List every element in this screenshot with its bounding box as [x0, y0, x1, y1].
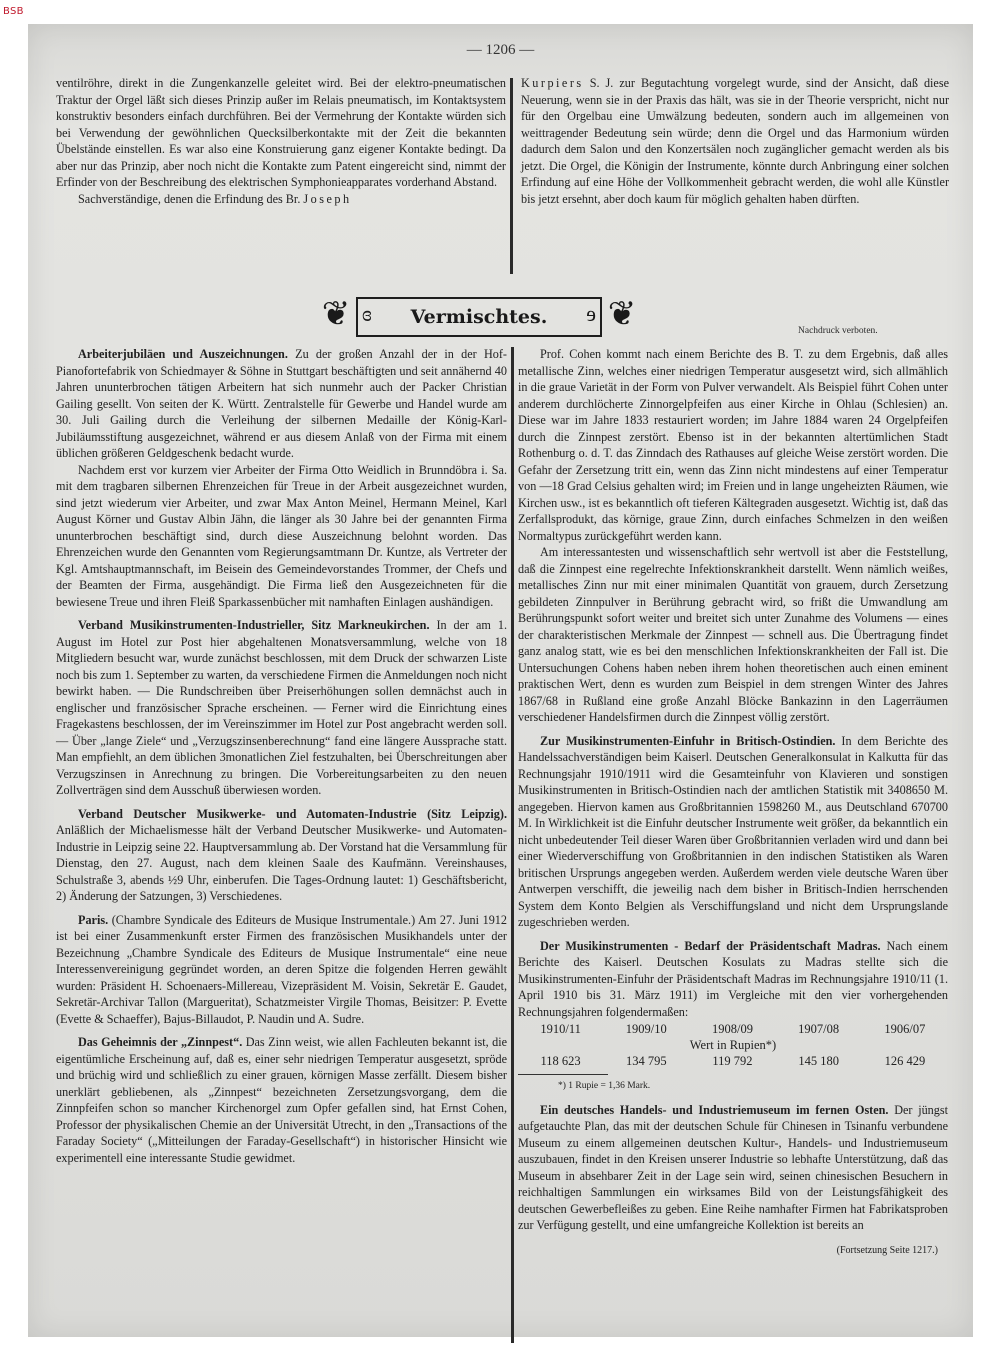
scroll-ornament-icon: ɞ — [362, 301, 372, 327]
article-heading: Das Geheimnis der „Zinnpest“. — [78, 1035, 242, 1049]
paragraph: Sachverständige, denen die Erfindung des… — [56, 191, 506, 208]
table-cell: 1909/10 — [603, 1021, 689, 1037]
table-cell: 118 623 — [518, 1053, 603, 1069]
article-heading: Ein deutsches Handels- und Industriemuse… — [540, 1103, 888, 1117]
column-divider — [511, 347, 514, 1343]
article-madras: Der Musikinstrumenten - Bedarf der Präsi… — [518, 938, 948, 1021]
footnote: *) 1 Rupie = 1,36 Mark. — [518, 1078, 948, 1095]
article-heading: Zur Musikinstrumenten-Einfuhr in Britisc… — [540, 734, 835, 748]
person-name: Kurpiers — [521, 76, 584, 90]
reprint-note: Nachdruck verboten. — [798, 326, 878, 336]
table-cell: 126 429 — [862, 1053, 948, 1069]
article-heading: Verband Musikinstrumenten-Industrieller,… — [78, 618, 430, 632]
article-heading: Paris. — [78, 913, 108, 927]
table-cell: 1908/09 — [689, 1021, 775, 1037]
article-heading: Verband Deutscher Musikwerke- und Automa… — [78, 807, 507, 821]
table-row-values: 118 623 134 795 119 792 145 180 126 429 — [518, 1053, 948, 1069]
table-row-unit: Wert in Rupien*) — [518, 1037, 948, 1053]
table-cell: 1907/08 — [776, 1021, 862, 1037]
bsb-watermark: BSB — [3, 6, 24, 17]
page-number: — 1206 — — [28, 42, 973, 59]
article-museum: Ein deutsches Handels- und Industriemuse… — [518, 1102, 948, 1234]
scroll-ornament-icon: ɘ — [586, 301, 596, 327]
continuation-note: (Fortsetzung Seite 1217.) — [518, 1243, 948, 1260]
paragraph: Prof. Cohen kommt nach einem Berichte de… — [518, 346, 948, 544]
section-title: Vermischtes. — [411, 306, 548, 328]
table-cell: 119 792 — [689, 1053, 775, 1069]
article-zinnpest: Das Geheimnis der „Zinnpest“. Das Zinn w… — [56, 1034, 507, 1166]
article-arbeiterjubilaeen: Arbeiterjubiläen und Auszeichnungen. Zu … — [56, 346, 507, 462]
main-left-column: Arbeiterjubiläen und Auszeichnungen. Zu … — [56, 346, 507, 1166]
person-name: Joseph — [303, 192, 351, 206]
table-cell: 134 795 — [603, 1053, 689, 1069]
article-verband-leipzig: Verband Deutscher Musikwerke- und Automa… — [56, 806, 507, 905]
article-heading: Der Musikinstrumenten - Bedarf der Präsi… — [540, 939, 881, 953]
table-row-years: 1910/11 1909/10 1908/09 1907/08 1906/07 — [518, 1021, 948, 1037]
footnote-rule — [518, 1074, 608, 1075]
paragraph: Kurpiers S. J. zur Begutachtung vorgeleg… — [521, 75, 949, 207]
madras-import-table: 1910/11 1909/10 1908/09 1907/08 1906/07 … — [518, 1021, 948, 1069]
article-verband-markneukirchen: Verband Musikinstrumenten-Industrieller,… — [56, 617, 507, 799]
ornament-icon: ❦ — [602, 295, 642, 335]
column-divider — [510, 78, 513, 274]
top-right-column: Kurpiers S. J. zur Begutachtung vorgeleg… — [515, 75, 949, 207]
article-heading: Arbeiterjubiläen und Auszeichnungen. — [78, 347, 288, 361]
scanned-page: — 1206 — ventilröhre, direkt in die Zung… — [28, 24, 973, 1337]
section-banner: ❦ ɞ Vermischtes. ɘ ❦ — [316, 293, 642, 347]
banner-frame: ɞ Vermischtes. ɘ — [356, 297, 602, 337]
ornament-icon: ❦ — [316, 295, 356, 335]
article-paris: Paris. (Chambre Syndicale des Editeurs d… — [56, 912, 507, 1028]
top-left-column: ventilröhre, direkt in die Zungenkanzell… — [56, 75, 506, 207]
paragraph: Am interessantesten und wissenschaftlich… — [518, 544, 948, 726]
main-right-column: Prof. Cohen kommt nach einem Berichte de… — [518, 346, 948, 1259]
paragraph: Nachdem erst vor kurzem vier Arbeiter de… — [56, 462, 507, 611]
table-cell: 145 180 — [776, 1053, 862, 1069]
paragraph: ventilröhre, direkt in die Zungenkanzell… — [56, 75, 506, 191]
table-unit-label: Wert in Rupien*) — [518, 1037, 948, 1053]
table-cell: 1906/07 — [862, 1021, 948, 1037]
table-cell: 1910/11 — [518, 1021, 603, 1037]
article-ostindien: Zur Musikinstrumenten-Einfuhr in Britisc… — [518, 733, 948, 931]
